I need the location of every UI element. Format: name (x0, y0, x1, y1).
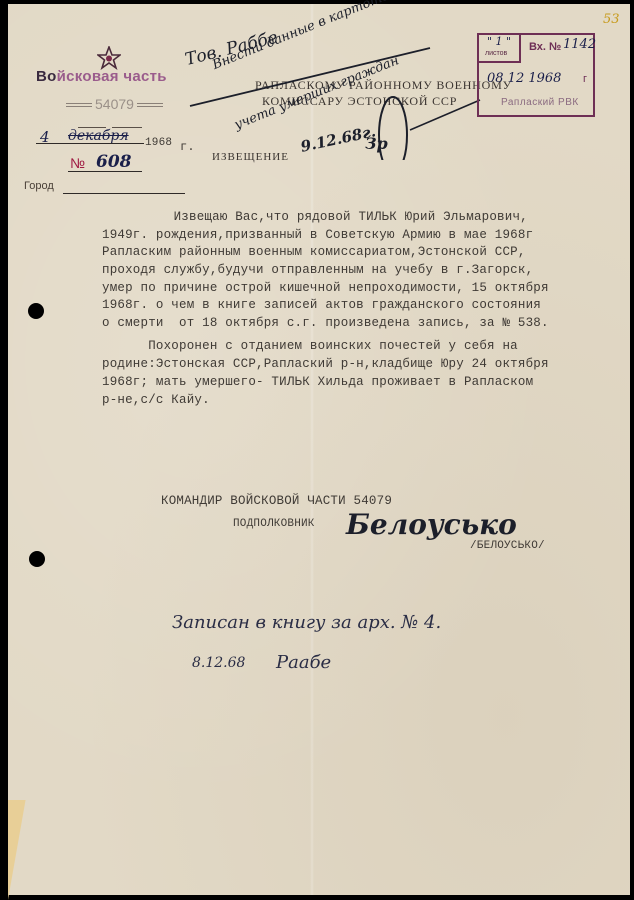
body-line-7: о смерти от 18 октября с.г. произведена … (102, 316, 549, 330)
stamp-date-suffix: г (583, 73, 587, 85)
stamp-sheets-box: " 1 " листов (479, 35, 521, 63)
signatory-name: /БЕЛОУСЬКО/ (470, 540, 545, 552)
body-line-4: проходя службу,будучи отправленным на уч… (102, 263, 533, 277)
body-line-6: 1968г. о чем в книге записей актов гражд… (102, 298, 541, 312)
city-field-line (63, 193, 185, 194)
stamp-date: 08 12 1968 (487, 71, 561, 86)
commander-signature: Белоусько (346, 508, 517, 541)
city-label: Город (24, 180, 54, 192)
signatory-position: КОМАНДИР ВОЙСКОВОЙ ЧАСТИ 54079 (161, 494, 392, 508)
stamp-incoming-number: 1142 (563, 37, 596, 52)
date-year: 1968 (145, 137, 172, 149)
body-line-3: Рапласким районным военным комиссариатом… (102, 245, 526, 259)
date-month: декабря (68, 128, 129, 144)
number-label: № (70, 155, 85, 171)
stamp-incoming-label: Вх. № (529, 41, 561, 53)
body-line-8: Похоронен с отданием воинских почестей у… (102, 339, 518, 353)
military-unit-label: Войсковая часть (36, 68, 167, 85)
folded-corner (8, 800, 48, 900)
number-underline (68, 171, 142, 172)
resolution-arrow-strokes (180, 40, 500, 160)
stamp-sheets-value: " 1 " (487, 35, 511, 48)
unit-number: 54079 (63, 96, 166, 112)
punch-hole-top (28, 303, 44, 319)
incoming-registration-stamp: " 1 " листов Вх. № 1142 08 12 1968 г Рап… (477, 33, 595, 117)
page-number: 53 (603, 12, 620, 27)
body-line-1: Извещаю Вас,что рядовой ТИЛЬК Юрий Эльма… (112, 210, 528, 224)
scan-border (0, 0, 8, 900)
archive-note-date: 8.12.68 (192, 655, 245, 671)
date-underline (36, 143, 144, 144)
document-title: ИЗВЕЩЕНИЕ (212, 151, 289, 163)
signatory-rank: ПОДПОЛКОВНИК (233, 518, 315, 530)
stamp-sheets-label: листов (485, 50, 507, 57)
body-line-9: родине:Эстонская ССР,Раплаский р-н,кладб… (102, 357, 549, 371)
punch-hole-bottom (29, 551, 45, 567)
archive-note: Записан в книгу за арх. № 4. (172, 612, 441, 633)
archive-note-signature: Раабе (276, 652, 331, 673)
body-line-5: умер по причине острой кишечной непроход… (102, 281, 549, 295)
unit-label-bold: Во (36, 68, 57, 85)
body-line-2: 1949г. рождения,призванный в Советскую А… (102, 228, 533, 242)
document-number: 608 (96, 152, 132, 172)
red-star-icon (97, 46, 121, 70)
stamp-organization: Раплаский РВК (501, 97, 579, 108)
unit-label-faded: йсковая часть (57, 68, 167, 85)
body-line-10: 1968г; мать умершего- ТИЛЬК Хильда прожи… (102, 375, 533, 389)
body-line-11: р-не,с/с Кайу. (102, 393, 210, 407)
